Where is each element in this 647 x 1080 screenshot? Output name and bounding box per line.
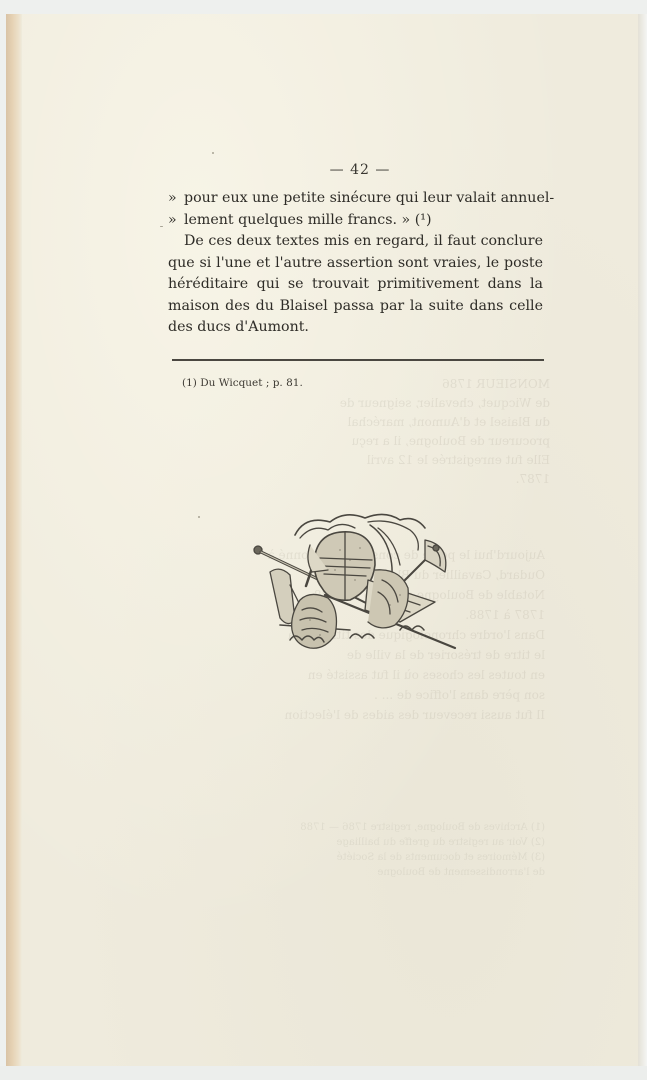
bleed-line: (2) Voir au registre du greffe du bailli… xyxy=(170,835,545,850)
text-line: »pour eux une petite sinécure qui leur v… xyxy=(168,188,543,210)
page-bottom-edge xyxy=(0,1066,647,1080)
bleed-through-upper: MONSIEUR 1786 de Wicquet, chevalier, sei… xyxy=(310,375,550,489)
bleed-line: de Wicquet, chevalier, seigneur de xyxy=(310,394,550,413)
paper-speck xyxy=(212,152,214,154)
bleed-line: en toutes les choses où il fut assisté e… xyxy=(185,665,545,685)
page-number: — 42 — xyxy=(300,162,420,178)
text-line: maison des du Blaisel passa par la suite… xyxy=(168,296,543,318)
paper-speck xyxy=(198,516,200,518)
bleed-line: MONSIEUR 1786 xyxy=(310,375,550,394)
bleed-line: (1) Archives de Boulogne, registre 1786 … xyxy=(170,820,545,835)
bleed-through-lower: (1) Archives de Boulogne, registre 1786 … xyxy=(170,820,545,880)
bleed-line: son père dans l'office de ... . xyxy=(185,685,545,705)
trophy-of-arms-ornament xyxy=(250,510,460,660)
bleed-line: 1787. xyxy=(310,470,550,489)
text-line: héréditaire qui se trouvait primitivemen… xyxy=(168,274,543,296)
footnote-separator xyxy=(172,359,544,361)
body-text: »pour eux une petite sinécure qui leur v… xyxy=(168,188,543,339)
bleed-line: procureur de Boulogne, il a reçu xyxy=(310,432,550,451)
bleed-line: de l'arrondissement de Boulogne xyxy=(170,865,545,880)
bleed-line: Elle fut enregistrée le 12 avril xyxy=(310,451,550,470)
line-text: pour eux une petite sinécure qui leur va… xyxy=(184,190,554,206)
line-text: lement quelques mille francs. » (¹) xyxy=(184,212,432,228)
text-line: »lement quelques mille francs. » (¹) xyxy=(168,210,543,232)
page-right-edge xyxy=(638,14,647,1068)
bleed-line: Il fut aussi receveur des aides de l'éle… xyxy=(185,705,545,725)
quote-mark: » xyxy=(168,210,184,232)
paper-speck xyxy=(160,226,163,227)
quote-mark: » xyxy=(168,188,184,210)
text-line: De ces deux textes mis en regard, il fau… xyxy=(168,231,543,253)
page-spine-edge xyxy=(6,14,22,1068)
text-line: que si l'une et l'autre assertion sont v… xyxy=(168,253,543,275)
footnote: (1) Du Wicquet ; p. 81. xyxy=(182,377,303,389)
bleed-line: (3) Mémoires et documents de la Société xyxy=(170,850,545,865)
text-line: des ducs d'Aumont. xyxy=(168,317,543,339)
bleed-line: du Blaisel et d'Aumont, maréchal xyxy=(310,413,550,432)
